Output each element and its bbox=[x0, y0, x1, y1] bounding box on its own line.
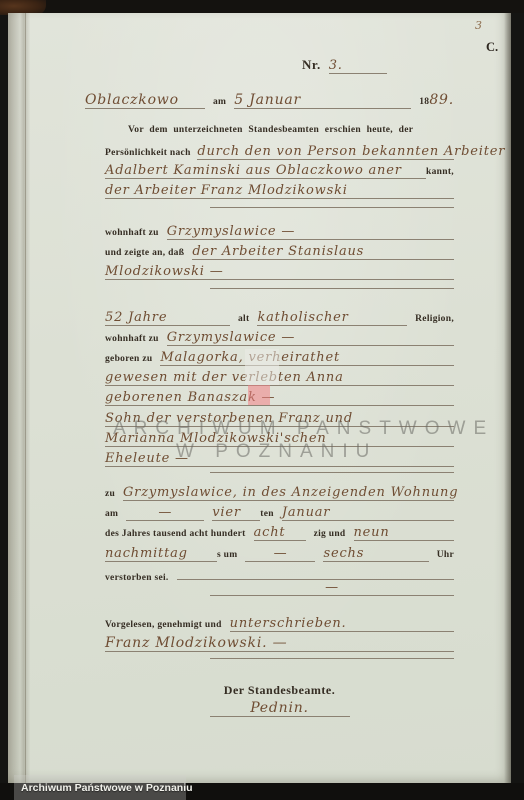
daytime-handwritten: nachmittag bbox=[105, 546, 217, 562]
death-time-line: nachmittag s um — sechs Uhr bbox=[105, 546, 454, 562]
death-day-line: am — vier ten Januar bbox=[105, 505, 454, 521]
death-day-handwritten: vier bbox=[212, 505, 260, 521]
age-handwritten: 52 Jahre bbox=[105, 310, 230, 326]
ten-suffix: ten bbox=[260, 509, 274, 519]
report-label: und zeigte an, daß bbox=[105, 248, 184, 258]
page-right-shadow bbox=[504, 13, 511, 784]
death-place-line: zu Grzymyslawice, in des Anzeigenden Woh… bbox=[105, 485, 454, 501]
place-date-line: Oblaczkowo am 5 Januar 18 89. bbox=[85, 92, 454, 109]
religion-handwritten: katholischer bbox=[257, 310, 407, 326]
archive-watermark-line2: W POZNANIU bbox=[176, 441, 377, 463]
day-dash: — bbox=[126, 505, 204, 521]
zig-und-label: zig und bbox=[314, 529, 346, 539]
residence1-handwritten: Grzymyslawice — bbox=[167, 224, 454, 240]
blank-line-2 bbox=[210, 275, 454, 289]
registrar-title: Der Standesbeamte. bbox=[224, 683, 335, 698]
identification-handwritten: durch den von Person bekannten Arbeiter bbox=[197, 144, 454, 160]
birth-label: geboren zu bbox=[105, 354, 152, 364]
scanned-death-record: { "frame": { "watermark_line1": "ARCHIWU… bbox=[0, 0, 524, 800]
year-tens-handwritten: acht bbox=[254, 525, 306, 541]
birthplace-handwritten: Malagorka, verheirathet bbox=[160, 350, 454, 366]
dash-rule: — bbox=[210, 580, 454, 596]
report-line-1: und zeigte an, daß der Arbeiter Stanisla… bbox=[105, 244, 454, 260]
scan-top-border bbox=[0, 0, 524, 13]
time-dash: — bbox=[245, 546, 315, 562]
nr-value: 3. bbox=[329, 58, 387, 74]
highlight-marker-gray bbox=[245, 349, 279, 385]
residence2-handwritten: Grzymyslawice — bbox=[167, 330, 454, 346]
page-fold-shadow bbox=[8, 13, 30, 784]
intro-printed-1: Vor dem unterzeichneten Standesbeamten e… bbox=[128, 125, 413, 135]
registrar-signature-line: Pednin. bbox=[105, 700, 454, 717]
zu-label: zu bbox=[105, 489, 115, 499]
archive-watermark-line1: ARCHIWUM PANSTWOWE bbox=[113, 418, 494, 440]
archive-footer-label: Archiwum Państwowe w Poznaniu bbox=[14, 775, 186, 800]
verstorben-label: verstorben sei. bbox=[105, 573, 169, 583]
closing-label: Vorgelesen, genehmigt und bbox=[105, 620, 222, 630]
birth-line-1: geboren zu Malagorka, verheirathet bbox=[105, 350, 454, 366]
spouse-handwritten: gewesen mit der verlebten Anna bbox=[105, 370, 454, 386]
kannt-printed: kannt, bbox=[426, 167, 454, 177]
am-label: am bbox=[213, 97, 226, 107]
empty-rule bbox=[210, 194, 454, 208]
religion-label: Religion, bbox=[415, 314, 454, 324]
empty-rule bbox=[210, 275, 454, 289]
highlight-marker-pink bbox=[248, 385, 270, 405]
year-phrase-label: des Jahres tausend acht hundert bbox=[105, 529, 246, 539]
residence-line-1: wohnhaft zu Grzymyslawice — bbox=[105, 224, 454, 240]
alt-label: alt bbox=[238, 314, 249, 324]
birth-line-3: geborenen Banaszak — bbox=[105, 390, 454, 406]
nr-label: Nr. bbox=[302, 57, 321, 73]
death-place-handwritten: Grzymyslawice, in des Anzeigenden Wohnun… bbox=[123, 485, 454, 501]
death-month-handwritten: Januar bbox=[282, 505, 454, 521]
death-year-line: des Jahres tausend acht hundert acht zig… bbox=[105, 525, 454, 541]
residence1-label: wohnhaft zu bbox=[105, 228, 159, 238]
register-page: 3 C. Nr. 3. Oblaczkowo am 5 Januar 18 89… bbox=[8, 13, 511, 784]
intro-line-3: Adalbert Kaminski aus Oblaczkowo aner ka… bbox=[105, 163, 454, 179]
registrar-title-line: Der Standesbeamte. bbox=[105, 683, 454, 698]
section-letter: C. bbox=[486, 40, 498, 55]
maiden-name-handwritten: geborenen Banaszak — bbox=[105, 390, 454, 406]
birth-line-2: gewesen mit der verlebten Anna bbox=[105, 370, 454, 386]
blank-line-1 bbox=[210, 194, 454, 208]
registrar-signature: Pednin. bbox=[210, 700, 350, 717]
intro-line-2: Persönlichkeit nach durch den von Person… bbox=[105, 144, 454, 160]
age-religion-line: 52 Jahre alt katholischer Religion, bbox=[105, 310, 454, 326]
record-number-line: Nr. 3. bbox=[302, 57, 396, 74]
deceased-name-handwritten: der Arbeiter Stanislaus bbox=[192, 244, 454, 260]
residence-line-2: wohnhaft zu Grzymyslawice — bbox=[105, 330, 454, 346]
am-label-2: am bbox=[105, 509, 118, 519]
uhr-label: Uhr bbox=[437, 550, 454, 560]
year-ones-handwritten: neun bbox=[354, 525, 455, 541]
archive-footer-text: Archiwum Państwowe w Poznaniu bbox=[14, 782, 193, 794]
place-handwritten: Oblaczkowo bbox=[85, 92, 205, 109]
year-handwritten: 89. bbox=[429, 92, 454, 108]
hour-handwritten: sechs bbox=[323, 546, 428, 562]
residence2-label: wohnhaft zu bbox=[105, 334, 159, 344]
s-um-label: s um bbox=[217, 550, 237, 560]
blank-line-5 bbox=[210, 645, 454, 659]
blank-line-4: — bbox=[210, 580, 454, 596]
empty-rule bbox=[210, 645, 454, 659]
page-fold-line bbox=[25, 13, 26, 784]
empty-rule bbox=[177, 566, 454, 580]
date-handwritten: 5 Januar bbox=[234, 92, 411, 109]
closing-line: Vorgelesen, genehmigt und unterschrieben… bbox=[105, 616, 454, 632]
witness-handwritten: Adalbert Kaminski aus Oblaczkowo aner bbox=[105, 163, 426, 179]
intro-line-1: Vor dem unterzeichneten Standesbeamten e… bbox=[128, 125, 454, 135]
page-number: 3 bbox=[475, 19, 482, 32]
intro-printed-2: Persönlichkeit nach bbox=[105, 148, 191, 158]
closing-handwritten: unterschrieben. bbox=[230, 616, 454, 632]
year-printed: 18 bbox=[419, 97, 429, 107]
